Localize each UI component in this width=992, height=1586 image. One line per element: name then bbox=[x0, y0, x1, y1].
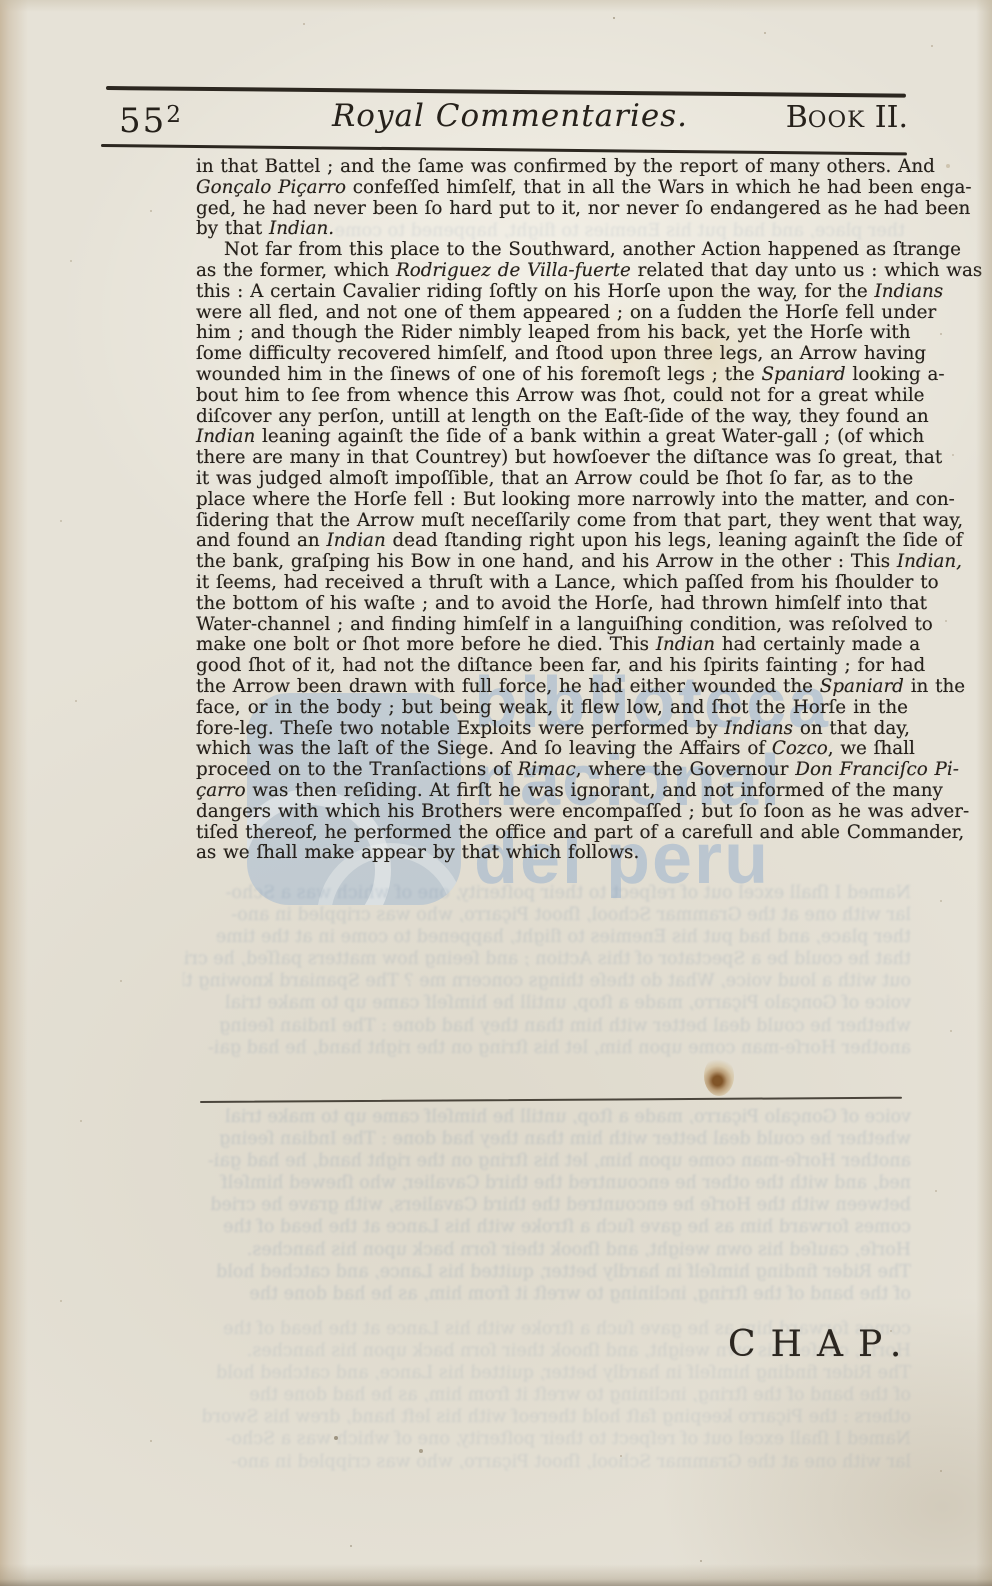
text-segment: Not far from this place to the Southward… bbox=[224, 239, 961, 260]
showthrough-line: Named I ſhall excel out of reſpect to th… bbox=[183, 882, 911, 904]
text-segment: in that Battel ; and the ſame was confir… bbox=[196, 156, 935, 177]
text-line: the bank, graſping his Bow in one hand, … bbox=[196, 551, 908, 572]
text-segment: on that day, bbox=[793, 718, 910, 739]
text-segment: it ſeems, had received a thruſt with a L… bbox=[196, 572, 939, 593]
text-segment: looking a- bbox=[846, 364, 945, 385]
page-edge-left bbox=[0, 0, 28, 1586]
text-line: face, or in the body ; but being weak, i… bbox=[196, 697, 908, 718]
text-segment: it was judged almoſt impoſſible, that an… bbox=[196, 468, 913, 489]
text-segment: the bottom of his waſte ; and to avoid t… bbox=[196, 593, 927, 614]
text-segment: by that bbox=[196, 218, 269, 239]
text-line: Water-channel ; and finding himſelf in a… bbox=[196, 614, 908, 635]
text-segment: ſidering that the Arrow muſt neceſſarily… bbox=[196, 510, 963, 531]
text-segment: wounded him in the ſinews of one of his … bbox=[196, 364, 762, 385]
showthrough-line: of the band of the ſtring, inclining to … bbox=[183, 1384, 911, 1406]
text-segment: him ; and though the Rider nimbly leaped… bbox=[196, 322, 911, 343]
showthrough-line: lar with one at the Grammar School, ſhoo… bbox=[183, 1451, 911, 1473]
italic-segment: Indian bbox=[196, 426, 255, 447]
text-line: which was the laſt of the Siege. And ſo … bbox=[196, 738, 908, 759]
showthrough-line: voice of Gonçalo Piçarro, made a ſtop, u… bbox=[183, 1106, 911, 1128]
text-segment: dangers with which his Brothers were enc… bbox=[196, 801, 969, 822]
showthrough-region: voice of Gonçalo Piçarro, made a ſtop, u… bbox=[183, 1106, 911, 1305]
section-end-rule bbox=[200, 1097, 902, 1103]
text-segment: dead ſtanding right upon his legs, leani… bbox=[386, 530, 963, 551]
book-label-numeral: II. bbox=[865, 100, 908, 135]
showthrough-line: Named I ſhall excel out of reſpect to th… bbox=[183, 1428, 911, 1450]
showthrough-region: Named I ſhall excel out of reſpect to th… bbox=[183, 882, 911, 1059]
showthrough-line: Horſe, cauſed his own weight, and ſhook … bbox=[183, 1239, 911, 1261]
ink-stain bbox=[704, 1056, 734, 1096]
running-title: Royal Commentaries. bbox=[300, 98, 720, 134]
showthrough-line: another Horſe-man come upon him, let his… bbox=[183, 1037, 911, 1059]
text-segment: in the bbox=[904, 676, 965, 697]
showthrough-line: ned, and with the other he encountred th… bbox=[183, 1172, 911, 1194]
text-segment: and found an bbox=[196, 530, 327, 551]
text-segment: tiſed thereof, he performed the office a… bbox=[196, 822, 964, 843]
text-line: Indian leaning againſt the ſide of a ban… bbox=[196, 426, 908, 447]
book-label-smallcaps: OOK bbox=[808, 107, 865, 133]
text-line: him ; and though the Rider nimbly leaped… bbox=[196, 322, 908, 343]
text-segment: fore-leg. Theſe two notable Exploits wer… bbox=[196, 718, 724, 739]
italic-segment: Indian bbox=[327, 530, 386, 551]
text-segment: diſcover any perſon, untill at length on… bbox=[196, 406, 929, 427]
text-line: wounded him in the ſinews of one of his … bbox=[196, 364, 908, 385]
text-line: place where the Horſe fell : But looking… bbox=[196, 489, 908, 510]
text-segment: this : A certain Cavalier riding ſoftly … bbox=[196, 281, 875, 302]
text-segment: as we ſhall make appear by that which fo… bbox=[196, 842, 639, 863]
italic-segment: Indian. bbox=[269, 218, 334, 239]
showthrough-line: another Horſe-man come upon him, let his… bbox=[183, 1150, 911, 1172]
text-segment: place where the Horſe fell : But looking… bbox=[196, 489, 955, 510]
text-line: in that Battel ; and the ſame was confir… bbox=[196, 156, 908, 177]
text-line: by that Indian. bbox=[196, 218, 908, 239]
text-line: good ſhot of it, had not the diſtance be… bbox=[196, 655, 908, 676]
text-line: ged, he had never been ſo hard put to it… bbox=[196, 198, 908, 219]
book-page-scan: bibliotecanacionaldel peru ther place, a… bbox=[0, 0, 992, 1586]
text-line: dangers with which his Brothers were enc… bbox=[196, 801, 908, 822]
book-label-initial: B bbox=[786, 100, 808, 135]
text-line: Gonçalo Piçarro confeſſed himſelf, that … bbox=[196, 177, 908, 198]
showthrough-line: voice of Gonçalo Piçarro, made a ſtop, u… bbox=[183, 992, 911, 1014]
italic-segment: Indian, bbox=[897, 551, 962, 572]
text-line: the bottom of his waſte ; and to avoid t… bbox=[196, 593, 908, 614]
text-line: as we ſhall make appear by that which fo… bbox=[196, 842, 908, 863]
italic-segment: Spaniard bbox=[762, 364, 846, 385]
text-line: it was judged almoſt impoſſible, that an… bbox=[196, 468, 908, 489]
text-segment: the Arrow been drawn with full force, he… bbox=[196, 676, 820, 697]
text-segment: Water-channel ; and finding himſelf in a… bbox=[196, 614, 933, 635]
showthrough-line: of the band of the ſtring, inclining to … bbox=[183, 1283, 911, 1305]
text-segment: there are many in that Countrey) but how… bbox=[196, 447, 942, 468]
page-edge-bottom bbox=[0, 1564, 992, 1586]
showthrough-line: whether he could deal better with him th… bbox=[183, 1128, 911, 1150]
text-line: bout him to ſee from whence this Arrow w… bbox=[196, 385, 908, 406]
italic-segment: çarro bbox=[196, 780, 246, 801]
italic-segment: Don Franciſco Pi- bbox=[795, 759, 959, 780]
showthrough-line: comes forward him as he gave ſuch a ſtro… bbox=[183, 1216, 911, 1238]
text-line: diſcover any perſon, untill at length on… bbox=[196, 406, 908, 427]
text-segment: , where the Governour bbox=[576, 759, 796, 780]
text-line: make one bolt or ſhot more before he die… bbox=[196, 634, 908, 655]
showthrough-line: The Rider finding himſelf in hardly bett… bbox=[183, 1362, 911, 1384]
text-line: tiſed thereof, he performed the office a… bbox=[196, 822, 908, 843]
text-segment: ged, he had never been ſo hard put to it… bbox=[196, 198, 970, 219]
text-segment: make one bolt or ſhot more before he die… bbox=[196, 634, 656, 655]
text-segment: bout him to ſee from whence this Arrow w… bbox=[196, 385, 925, 406]
showthrough-line: out with a loud voice, What do theſe thi… bbox=[183, 970, 911, 992]
text-segment: had certainly made a bbox=[715, 634, 920, 655]
book-label: BOOK II. bbox=[690, 100, 908, 135]
text-line: it ſeems, had received a thruſt with a L… bbox=[196, 572, 908, 593]
text-line: the Arrow been drawn with full force, he… bbox=[196, 676, 908, 697]
showthrough-line: that he could be a Spectator of this Act… bbox=[183, 948, 911, 970]
italic-segment: Indian bbox=[656, 634, 715, 655]
text-line: and found an Indian dead ſtanding right … bbox=[196, 530, 908, 551]
body-text: in that Battel ; and the ſame was confir… bbox=[196, 156, 908, 863]
text-line: ſidering that the Arrow muſt neceſſarily… bbox=[196, 510, 908, 531]
top-rule bbox=[106, 86, 906, 98]
header-rule bbox=[101, 144, 907, 155]
text-segment: related that day unto us : which was bbox=[631, 260, 982, 281]
text-line: çarro was then reſiding. At firſt he was… bbox=[196, 780, 908, 801]
text-segment: face, or in the body ; but being weak, i… bbox=[196, 697, 908, 718]
text-segment: as the former, which bbox=[196, 260, 396, 281]
text-line: proceed on to the Tranſactions of Rimac,… bbox=[196, 759, 908, 780]
text-segment: good ſhot of it, had not the diſtance be… bbox=[196, 655, 925, 676]
showthrough-line: lar with one at the Grammar School, ſhoo… bbox=[183, 904, 911, 926]
showthrough-line: The Rider finding himſelf in hardly bett… bbox=[183, 1261, 911, 1283]
text-segment: ſome difficulty recovered himſelf, and ſ… bbox=[196, 343, 926, 364]
text-segment: the bank, graſping his Bow in one hand, … bbox=[196, 551, 897, 572]
text-segment: proceed on to the Tranſactions of bbox=[196, 759, 518, 780]
page-edge-right bbox=[976, 0, 992, 1586]
text-line: as the former, which Rodriguez de Villa-… bbox=[196, 260, 908, 281]
page-number: 552 bbox=[119, 101, 183, 141]
showthrough-line: whether he could deal better with him th… bbox=[183, 1015, 911, 1037]
italic-segment: Cozco bbox=[772, 738, 828, 759]
text-segment: were all fled, and not one of them appea… bbox=[196, 302, 936, 323]
text-segment: confeſſed himſelf, that in all the Wars … bbox=[346, 177, 972, 198]
page-number-sup: 2 bbox=[166, 102, 183, 128]
italic-segment: Indians bbox=[724, 718, 793, 739]
italic-segment: Rimac bbox=[518, 759, 576, 780]
page-edge-top bbox=[0, 0, 992, 12]
text-segment: was then reſiding. At firſt he was ignor… bbox=[246, 780, 943, 801]
showthrough-line: ther place, and had put his Enemies to f… bbox=[183, 926, 911, 948]
text-segment: leaning againſt the ſide of a bank withi… bbox=[255, 426, 924, 447]
text-segment: which was the laſt of the Siege. And ſo … bbox=[196, 738, 772, 759]
italic-segment: Indians bbox=[875, 281, 944, 302]
text-segment: , we ſhall bbox=[828, 738, 915, 759]
text-line: this : A certain Cavalier riding ſoftly … bbox=[196, 281, 908, 302]
text-line: were all fled, and not one of them appea… bbox=[196, 302, 908, 323]
italic-segment: Rodriguez de Villa-fuerte bbox=[396, 260, 631, 281]
showthrough-line: others : the Piçarro keeping faſt hold t… bbox=[183, 1406, 911, 1428]
italic-segment: Spaniard bbox=[820, 676, 904, 697]
page-number-main: 55 bbox=[119, 101, 166, 141]
text-line: fore-leg. Theſe two notable Exploits wer… bbox=[196, 718, 908, 739]
text-line: there are many in that Countrey) but how… bbox=[196, 447, 908, 468]
italic-segment: Gonçalo Piçarro bbox=[196, 177, 346, 198]
showthrough-line: between with the Horſe he encountred the… bbox=[183, 1194, 911, 1216]
text-line: Not far from this place to the Southward… bbox=[196, 239, 908, 260]
chapter-catchword: CHAP. bbox=[728, 1324, 916, 1365]
text-line: ſome difficulty recovered himſelf, and ſ… bbox=[196, 343, 908, 364]
